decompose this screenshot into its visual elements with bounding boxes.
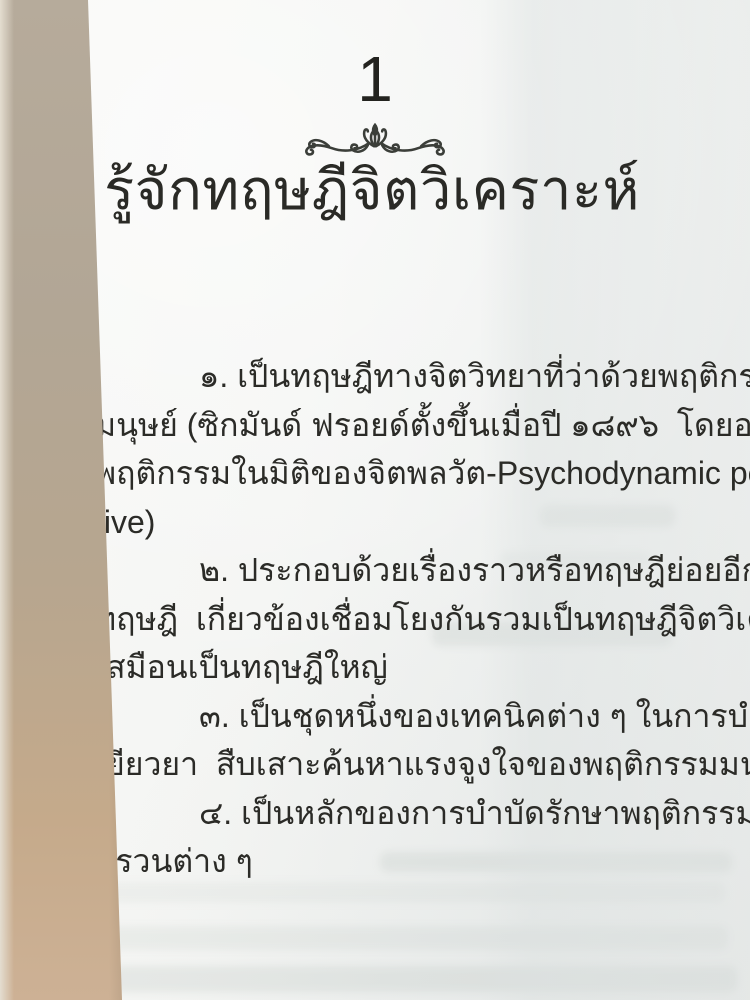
body-line: พฤติกรรมในมิติของจิตพลวัต-Psychodynamic … [95, 449, 670, 498]
book-photo: 1 [0, 0, 750, 1000]
chapter-number: 1 [0, 44, 750, 114]
body-line: เสมือนเป็นทฤษฎีใหญ่ [95, 643, 670, 692]
body-line: ทฤษฎี เกี่ยวข้องเชื่อมโยงกันรวมเป็นทฤษฎี… [95, 595, 670, 644]
chapter-title: รู้จักทฤษฎีจิตวิเคราะห์ [0, 148, 744, 232]
chapter-body: ๑. เป็นทฤษฎีทางจิตวิทยาที่ว่าด้วยพฤติกรร… [95, 352, 670, 886]
bleed-mark [98, 926, 728, 950]
body-line: ๔. เป็นหลักของการบำบัดรักษาพฤติกรรมแปร [95, 789, 670, 838]
body-line: เยียวยา สืบเสาะค้นหาแรงจูงใจของพฤติกรรมม… [95, 740, 670, 789]
body-line: ๑. เป็นทฤษฎีทางจิตวิทยาที่ว่าด้วยพฤติกรร… [95, 352, 670, 401]
body-line: ปรวนต่าง ๆ [95, 837, 670, 886]
body-line: มนุษย์ (ซิกมันด์ ฟรอยด์ตั้งขึ้นเมื่อปี ๑… [95, 401, 670, 450]
body-line: tive) [95, 498, 670, 547]
bleed-mark [92, 966, 737, 992]
body-line: ๓. เป็นชุดหนึ่งของเทคนิคต่าง ๆ ในการบำบั… [95, 692, 670, 741]
body-line: ๒. ประกอบด้วยเรื่องราวหรือทฤษฎีย่อยอีกหล… [95, 546, 670, 595]
